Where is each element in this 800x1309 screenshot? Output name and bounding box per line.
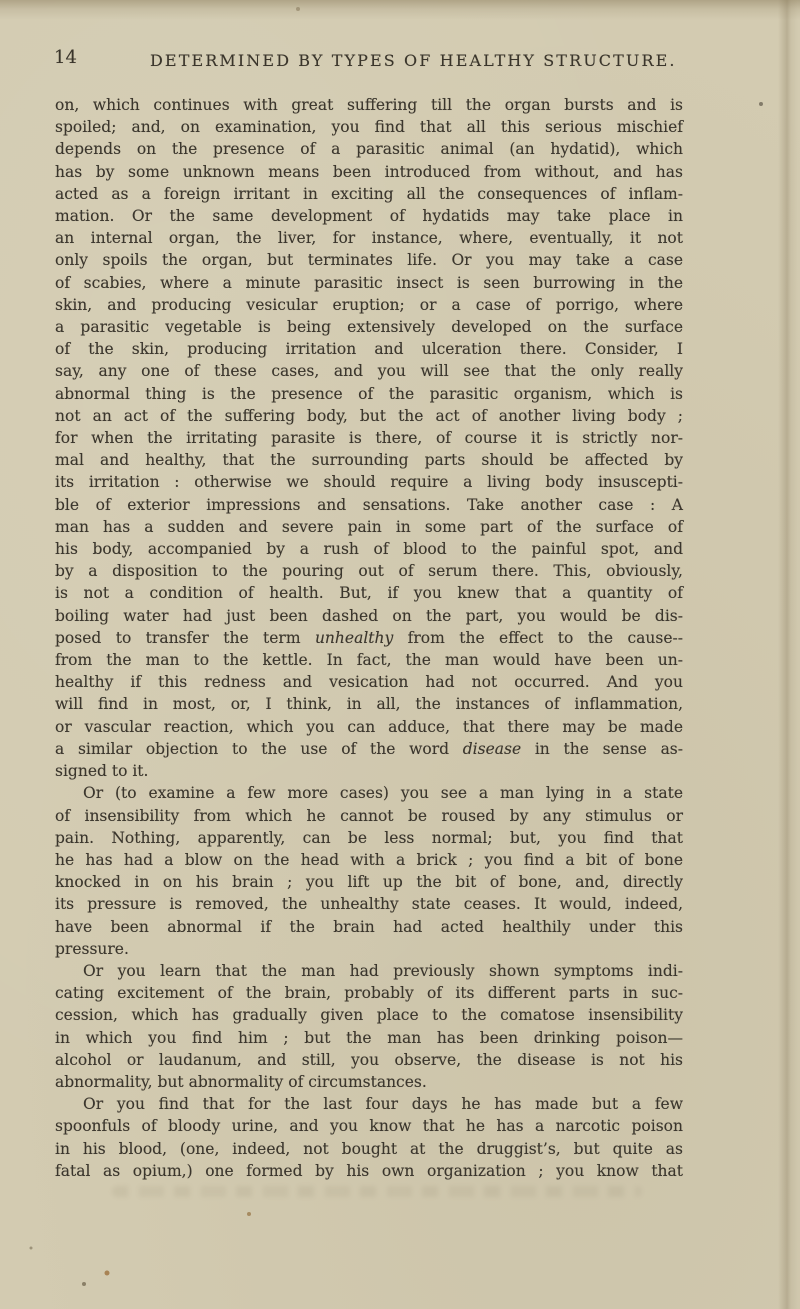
text-segment: has by some unknown means been introduce…	[55, 163, 683, 181]
text-segment: by a disposition to the pouring out of s…	[55, 562, 683, 580]
text-segment: alcohol or laudanum, and still, you obse…	[55, 1051, 683, 1069]
text-line: will find in most, or, I think, in all, …	[55, 693, 683, 715]
text-line: boiling water had just been dashed on th…	[55, 605, 683, 627]
text-segment: its pressure is removed, the unhealthy s…	[55, 895, 683, 913]
text-line: posed to transfer the term unhealthy fro…	[55, 627, 683, 649]
text-segment: its irritation : otherwise we should req…	[55, 473, 683, 491]
body-text: on, which continues with great suffering…	[55, 94, 683, 1182]
text-line: by a disposition to the pouring out of s…	[55, 560, 683, 582]
text-segment: ble of exterior impressions and sensatio…	[55, 496, 683, 514]
text-line: a similar objection to the use of the wo…	[55, 738, 683, 760]
text-line: man has a sudden and severe pain in some…	[55, 516, 683, 538]
text-line: say, any one of these cases, and you wil…	[55, 360, 683, 382]
text-line: or vascular reaction, which you can addu…	[55, 716, 683, 738]
text-line: only spoils the organ, but terminates li…	[55, 249, 683, 271]
text-line: its pressure is removed, the unhealthy s…	[55, 893, 683, 915]
text-segment: signed to it.	[55, 762, 148, 780]
text-segment: mation. Or the same development of hydat…	[55, 207, 683, 225]
text-line: pain. Nothing, apparently, can be less n…	[55, 827, 683, 849]
text-line: mation. Or the same development of hydat…	[55, 205, 683, 227]
text-line: is not a condition of health. But, if yo…	[55, 582, 683, 604]
text-line: abnormal thing is the presence of the pa…	[55, 383, 683, 405]
text-line: signed to it.	[55, 760, 683, 782]
text-segment: is not a condition of health. But, if yo…	[55, 584, 683, 602]
text-segment: skin, and producing vesicular eruption; …	[55, 296, 683, 314]
text-line: acted as a foreign irritant in exciting …	[55, 183, 683, 205]
text-line: fatal as opium,) one formed by his own o…	[55, 1160, 683, 1182]
text-line: its irritation : otherwise we should req…	[55, 471, 683, 493]
text-segment: boiling water had just been dashed on th…	[55, 607, 683, 625]
text-line: in which you find him ; but the man has …	[55, 1027, 683, 1049]
text-line: skin, and producing vesicular eruption; …	[55, 294, 683, 316]
book-page-scan: 14 DETERMINED BY TYPES OF HEALTHY STRUCT…	[0, 0, 800, 1309]
text-line: an internal organ, the liver, for instan…	[55, 227, 683, 249]
text-segment: say, any one of these cases, and you wil…	[55, 362, 683, 380]
italic-text-segment: unhealthy	[315, 629, 393, 647]
page-header: 14 DETERMINED BY TYPES OF HEALTHY STRUCT…	[0, 0, 800, 80]
text-segment: Or (to examine a few more cases) you see…	[83, 784, 683, 802]
text-segment: in which you find him ; but the man has …	[55, 1029, 683, 1047]
text-segment: in his blood, (one, indeed, not bought a…	[55, 1140, 683, 1158]
text-line: pressure.	[55, 938, 683, 960]
text-segment: in the sense as-	[521, 740, 683, 758]
text-segment: fatal as opium,) one formed by his own o…	[55, 1162, 683, 1180]
text-line: mal and healthy, that the surrounding pa…	[55, 449, 683, 471]
text-line: spoiled; and, on examination, you find t…	[55, 116, 683, 138]
text-segment: for when the irritating parasite is ther…	[55, 429, 683, 447]
text-segment: cating excitement of the brain, probably…	[55, 984, 683, 1002]
text-segment: spoiled; and, on examination, you find t…	[55, 118, 683, 136]
text-segment: will find in most, or, I think, in all, …	[55, 695, 683, 713]
text-line: abnormality, but abnormality of circumst…	[55, 1071, 683, 1093]
text-segment: on, which continues with great suffering…	[55, 96, 683, 114]
text-segment: pain. Nothing, apparently, can be less n…	[55, 829, 683, 847]
text-line: healthy if this redness and vesication h…	[55, 671, 683, 693]
text-segment: abnormality, but abnormality of circumst…	[55, 1073, 427, 1091]
text-line: of the skin, producing irritation and ul…	[55, 338, 683, 360]
text-line: Or (to examine a few more cases) you see…	[55, 782, 683, 804]
text-segment: posed to transfer the term	[55, 629, 315, 647]
text-segment: of insensibility from which he cannot be…	[55, 807, 683, 825]
text-line: depends on the presence of a parasitic a…	[55, 138, 683, 160]
text-segment: not an act of the suffering body, but th…	[55, 407, 683, 425]
text-line: ble of exterior impressions and sensatio…	[55, 494, 683, 516]
text-segment: a parasitic vegetable is being extensive…	[55, 318, 683, 336]
text-line: for when the irritating parasite is ther…	[55, 427, 683, 449]
text-line: has by some unknown means been introduce…	[55, 161, 683, 183]
text-line: from the man to the kettle. In fact, the…	[55, 649, 683, 671]
text-segment: Or you find that for the last four days …	[83, 1095, 683, 1113]
text-line: spoonfuls of bloody urine, and you know …	[55, 1115, 683, 1137]
text-segment: only spoils the organ, but terminates li…	[55, 251, 683, 269]
text-segment: an internal organ, the liver, for instan…	[55, 229, 683, 247]
text-segment: Or you learn that the man had previously…	[83, 962, 683, 980]
text-segment: he has had a blow on the head with a bri…	[55, 851, 683, 869]
text-segment: acted as a foreign irritant in exciting …	[55, 185, 683, 203]
text-segment: pressure.	[55, 940, 129, 958]
running-title: DETERMINED BY TYPES OF HEALTHY STRUCTURE…	[150, 51, 677, 70]
text-segment: knocked in on his brain ; you lift up th…	[55, 873, 683, 891]
text-segment: of scabies, where a minute parasitic ins…	[55, 274, 683, 292]
show-through-smudge	[112, 1186, 642, 1197]
text-segment: a similar objection to the use of the wo…	[55, 740, 463, 758]
text-segment: from the man to the kettle. In fact, the…	[55, 651, 683, 669]
page-right-crease	[778, 0, 798, 1309]
text-line: on, which continues with great suffering…	[55, 94, 683, 116]
text-line: he has had a blow on the head with a bri…	[55, 849, 683, 871]
text-segment: spoonfuls of bloody urine, and you know …	[55, 1117, 683, 1135]
text-line: Or you learn that the man had previously…	[55, 960, 683, 982]
text-segment: mal and healthy, that the surrounding pa…	[55, 451, 683, 469]
text-line: not an act of the suffering body, but th…	[55, 405, 683, 427]
text-line: cession, which has gradually given place…	[55, 1004, 683, 1026]
text-segment: have been abnormal if the brain had acte…	[55, 918, 683, 936]
text-line: a parasitic vegetable is being extensive…	[55, 316, 683, 338]
text-segment: abnormal thing is the presence of the pa…	[55, 385, 683, 403]
text-line: knocked in on his brain ; you lift up th…	[55, 871, 683, 893]
text-line: have been abnormal if the brain had acte…	[55, 916, 683, 938]
text-line: cating excitement of the brain, probably…	[55, 982, 683, 1004]
text-line: of scabies, where a minute parasitic ins…	[55, 272, 683, 294]
text-line: his body, accompanied by a rush of blood…	[55, 538, 683, 560]
text-segment: or vascular reaction, which you can addu…	[55, 718, 683, 736]
text-line: alcohol or laudanum, and still, you obse…	[55, 1049, 683, 1071]
text-segment: cession, which has gradually given place…	[55, 1006, 683, 1024]
text-segment: depends on the presence of a parasitic a…	[55, 140, 683, 158]
text-segment: healthy if this redness and vesication h…	[55, 673, 683, 691]
text-segment: from the effect to the cause--	[393, 629, 683, 647]
text-line: in his blood, (one, indeed, not bought a…	[55, 1138, 683, 1160]
text-line: Or you find that for the last four days …	[55, 1093, 683, 1115]
page-number: 14	[54, 47, 77, 68]
text-segment: man has a sudden and severe pain in some…	[55, 518, 683, 536]
italic-text-segment: disease	[463, 740, 521, 758]
text-line: of insensibility from which he cannot be…	[55, 805, 683, 827]
text-segment: his body, accompanied by a rush of blood…	[55, 540, 683, 558]
text-segment: of the skin, producing irritation and ul…	[55, 340, 683, 358]
